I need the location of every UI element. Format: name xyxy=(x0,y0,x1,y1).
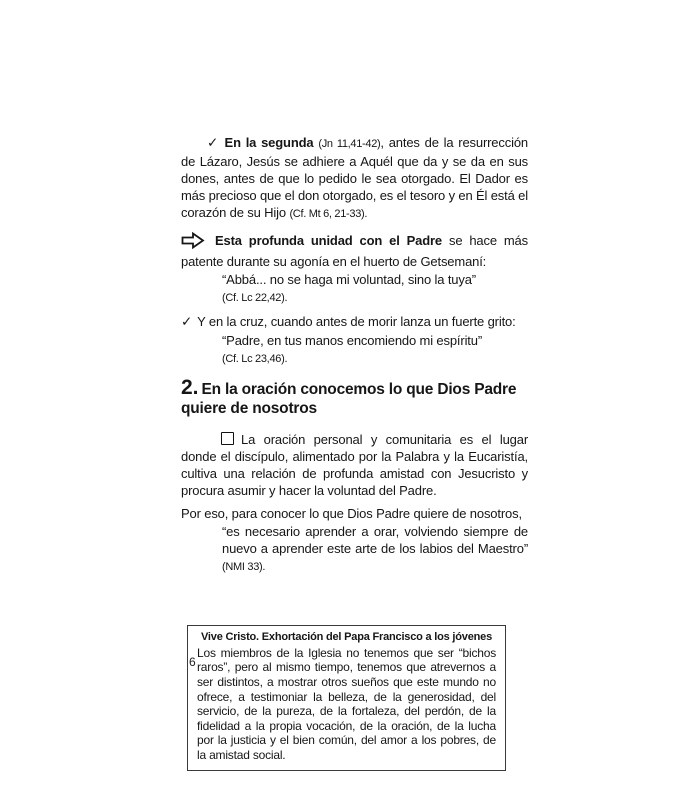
excerpt-box: Vive Cristo. Exhortación del Papa Franci… xyxy=(187,625,506,771)
scripture-ref: (Cf. Lc 22,42). xyxy=(222,292,287,304)
paragraph-text: Y en la cruz, cuando antes de morir lanz… xyxy=(197,314,515,329)
quote-abba: “Abbá... no se haga mi voluntad, sino la… xyxy=(181,271,528,307)
block-arrow-icon xyxy=(181,232,205,253)
open-square-icon xyxy=(221,432,234,445)
quote-learn-to-pray: “es necesario aprender a orar, volviendo… xyxy=(181,523,528,576)
paragraph-lead-bold: Esta profunda unidad con el Padre xyxy=(215,233,442,248)
paragraph-body: La oración personal y comunitaria es el … xyxy=(181,431,528,499)
section-heading-2: 2.En la oración conocemos lo que Dios Pa… xyxy=(181,378,528,418)
scripture-ref: (Cf. Lc 23,46). xyxy=(222,353,287,365)
quote-text: “es necesario aprender a orar, volviendo… xyxy=(222,524,528,556)
paragraph-personal-prayer: La oración personal y comunitaria es el … xyxy=(181,431,528,499)
paragraph-on-the-cross: ✓Y en la cruz, cuando antes de morir lan… xyxy=(181,313,528,368)
excerpt-title: Vive Cristo. Exhortación del Papa Franci… xyxy=(197,630,496,644)
quote-text: “Abbá... no se haga mi voluntad, sino la… xyxy=(222,272,476,287)
document-ref: (NMI 33). xyxy=(222,561,265,573)
page-number: 6 xyxy=(189,655,196,669)
scripture-ref: (Jn 11,41-42) xyxy=(318,138,380,150)
paragraph-second-prayer: ✓En la segunda (Jn 11,41-42), antes de l… xyxy=(181,134,528,223)
document-page: ✓En la segunda (Jn 11,41-42), antes de l… xyxy=(0,0,700,800)
section-title: En la oración conocemos lo que Dios Padr… xyxy=(181,381,516,417)
excerpt-body: Los miembros de la Iglesia no tenemos qu… xyxy=(197,646,496,763)
paragraph-lead-bold: En la segunda xyxy=(225,135,314,150)
paragraph-por-eso: Por eso, para conocer lo que Dios Padre … xyxy=(181,505,528,576)
paragraph-body: ✓Y en la cruz, cuando antes de morir lan… xyxy=(181,313,528,331)
quote-text: “Padre, en tus manos encomiendo mi espír… xyxy=(222,333,482,348)
paragraph-intro: Por eso, para conocer lo que Dios Padre … xyxy=(181,505,528,522)
text-column: ✓En la segunda (Jn 11,41-42), antes de l… xyxy=(181,134,528,771)
quote-father-hands: “Padre, en tus manos encomiendo mi espír… xyxy=(181,332,528,368)
check-icon: ✓ xyxy=(207,135,225,151)
paragraph-unity-with-father: Esta profunda unidad con el Padre se hac… xyxy=(181,232,528,307)
paragraph-body: Esta profunda unidad con el Padre se hac… xyxy=(181,232,528,270)
scripture-ref: (Cf. Mt 6, 21-33). xyxy=(289,208,367,220)
section-number: 2. xyxy=(181,376,202,399)
check-icon: ✓ xyxy=(181,314,197,330)
